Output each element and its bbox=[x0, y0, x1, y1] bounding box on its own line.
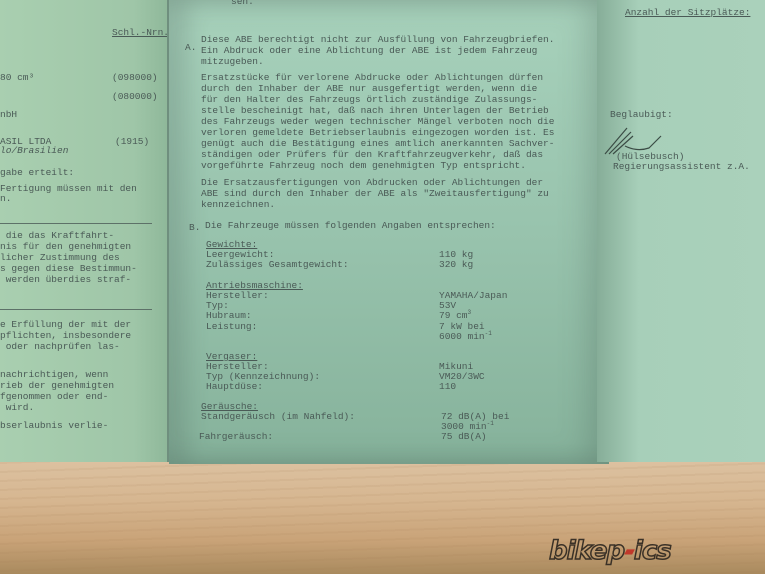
section-b-heading: Die Fahrzeuge müssen folgenden Angaben e… bbox=[205, 221, 496, 232]
text-line: genügt auch die Bestätigung eines amtlic… bbox=[201, 139, 554, 150]
left-text-line: e Erfüllung der mit der bbox=[0, 320, 131, 331]
left-row-label: lo/Brasilien bbox=[0, 146, 68, 157]
spec-label: Hubraum: bbox=[206, 311, 252, 322]
spec-value: 75 dB(A) bbox=[441, 432, 487, 443]
left-text-line: werden überdies straf- bbox=[0, 275, 131, 286]
left-text-line: licher Zustimmung des bbox=[0, 253, 120, 264]
spec-value: 6000 min-1 bbox=[439, 332, 492, 343]
value-text: 79 cm bbox=[439, 310, 468, 321]
top-fragment: sen. bbox=[231, 0, 254, 8]
left-text-line: gabe erteilt: bbox=[0, 168, 74, 179]
bikepics-watermark-logo: bikep▰ics bbox=[549, 536, 671, 566]
spec-label: Standgeräusch (im Nahfeld): bbox=[201, 412, 355, 423]
document-middle-panel: sen. A. Diese ABE berechtigt nicht zur A… bbox=[169, 0, 609, 464]
spec-label: Fahrgeräusch: bbox=[199, 432, 273, 443]
left-text-line: nachrichtigen, wenn bbox=[0, 370, 108, 381]
left-text-line: rieb der genehmigten bbox=[0, 381, 114, 392]
left-text-line: die das Kraftfahrt- bbox=[0, 231, 114, 242]
spec-value: 79 cm3 bbox=[439, 311, 471, 322]
section-b-marker: B. bbox=[189, 223, 200, 234]
left-row-code: (098000) bbox=[112, 73, 158, 84]
left-row-code: (1915) bbox=[115, 137, 149, 148]
left-text-line: s gegen diese Bestimmun- bbox=[0, 264, 137, 275]
superscript: -1 bbox=[487, 420, 494, 427]
text-line: Die Ersatzausfertigungen von Abdrucken o… bbox=[201, 178, 543, 189]
spec-label: Zulässiges Gesamtgewicht: bbox=[206, 260, 349, 271]
spec-value: 110 bbox=[439, 382, 456, 393]
left-text-line: Fertigung müssen mit den bbox=[0, 184, 137, 195]
text-line: vorgeführte Fahrzeug noch dem genehmigte… bbox=[201, 161, 526, 172]
text-line: Ersatzstücke für verlorene Abdrucke oder… bbox=[201, 73, 543, 84]
text-line: ABE sind durch den Inhaber der ABE als "… bbox=[201, 189, 549, 200]
left-row-label: nbH bbox=[0, 110, 17, 121]
divider bbox=[0, 309, 152, 310]
left-text-line: n. bbox=[0, 194, 11, 205]
seats-header: Anzahl der Sitzplätze: bbox=[625, 8, 750, 19]
text-line: Diese ABE berechtigt nicht zur Ausfüllun… bbox=[201, 35, 554, 46]
text-line: stelle bescheinigt hat, daß nach ihren U… bbox=[201, 106, 549, 117]
left-text-line: oder nachprüfen las- bbox=[0, 342, 120, 353]
text-line: durch den Inhaber der ABE nur ausgeferti… bbox=[201, 84, 537, 95]
spec-label: Leistung: bbox=[206, 322, 257, 333]
text-line: verloren gemeldete Betriebserlaubnis ein… bbox=[201, 128, 554, 139]
document-left-panel: Schl.-Nrn. 80 cm³ (098000) (080000) nbH … bbox=[0, 0, 169, 462]
logo-accent-icon: ▰ bbox=[624, 544, 634, 560]
superscript: 3 bbox=[468, 309, 472, 316]
left-text-line: nis für den genehmigten bbox=[0, 242, 131, 253]
left-row-label: 80 cm³ bbox=[0, 73, 34, 84]
key-numbers-header: Schl.-Nrn. bbox=[112, 28, 169, 39]
divider bbox=[0, 223, 152, 224]
logo-text: bikep bbox=[549, 536, 624, 566]
left-row-code: (080000) bbox=[112, 92, 158, 103]
signer-title: Regierungsassistent z.A. bbox=[613, 162, 750, 173]
left-text-line: pflichten, insbesondere bbox=[0, 331, 131, 342]
text-line: Ein Abdruck oder eine Ablichtung der ABE… bbox=[201, 46, 537, 57]
section-a-marker: A. bbox=[185, 43, 196, 54]
text-line: für den Halter des Fahrzeugs örtlich zus… bbox=[201, 95, 537, 106]
left-text-line: fgenommen oder end- bbox=[0, 392, 108, 403]
text-line: des Fahrzeugs weder wegen technischer Mä… bbox=[201, 117, 554, 128]
text-line: ständigen oder Prüfers für den Kraftfahr… bbox=[201, 150, 543, 161]
left-text-line: bserlaubnis verlie- bbox=[0, 421, 108, 432]
value-text: 6000 min bbox=[439, 331, 485, 342]
text-line: kennzeichnen. bbox=[201, 200, 275, 211]
spec-label: Hauptdüse: bbox=[206, 382, 263, 393]
spec-value: 320 kg bbox=[439, 260, 473, 271]
text-line: mitzugeben. bbox=[201, 57, 264, 68]
document-right-panel: Anzahl der Sitzplätze: Beglaubigt: (Hüls… bbox=[597, 0, 765, 462]
left-text-line: wird. bbox=[0, 403, 34, 414]
logo-text: ics bbox=[634, 536, 671, 566]
superscript: -1 bbox=[485, 330, 492, 337]
